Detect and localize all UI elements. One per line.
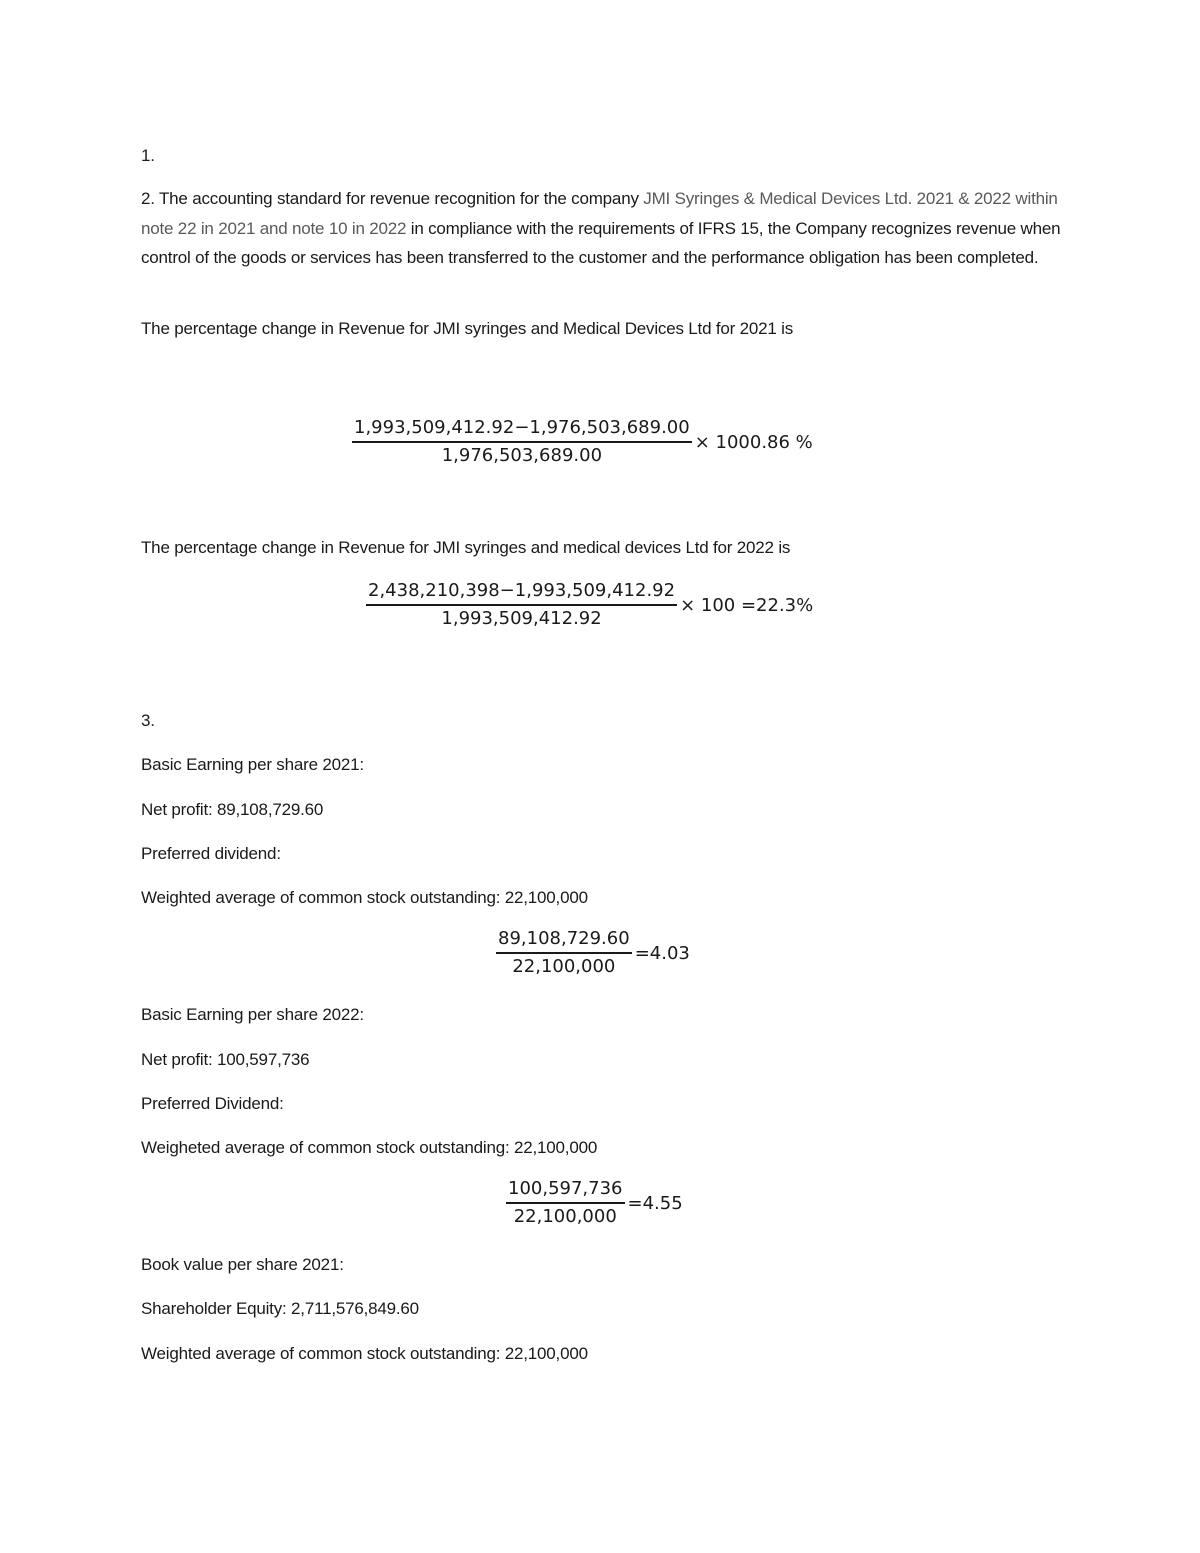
fraction: 2,438,210,398−1,993,509,412.92 1,993,509…: [366, 579, 677, 631]
numerator: 2,438,210,398−1,993,509,412.92: [366, 579, 677, 606]
eps-2022-formula: 100,597,736 22,100,000 =4.55: [506, 1177, 683, 1229]
q2-text-part1: 2. The accounting standard for revenue r…: [141, 189, 643, 208]
document-page: 1. 2. The accounting standard for revenu…: [0, 0, 1200, 1553]
denominator: 1,993,509,412.92: [439, 606, 603, 631]
denominator: 1,976,503,689.00: [440, 443, 604, 468]
question-1-label: 1.: [141, 146, 155, 166]
denominator: 22,100,000: [510, 954, 617, 979]
numerator: 100,597,736: [506, 1177, 625, 1204]
eps-2021-formula: 89,108,729.60 22,100,000 =4.03: [496, 927, 690, 979]
pct-change-2022-formula: 2,438,210,398−1,993,509,412.92 1,993,509…: [366, 579, 813, 631]
eps-2022-weighted-average: Weigheted average of common stock outsta…: [141, 1138, 597, 1158]
eps-2022-preferred-dividend: Preferred Dividend:: [141, 1094, 284, 1114]
eps-2021-heading: Basic Earning per share 2021:: [141, 755, 364, 775]
eps-2021-net-profit: Net profit: 89,108,729.60: [141, 800, 323, 820]
numerator: 89,108,729.60: [496, 927, 632, 954]
formula-result: × 100⁢0.86 %: [695, 432, 813, 453]
bvps-2021-weighted-average: Weighted average of common stock outstan…: [141, 1344, 588, 1364]
pct-change-2021-formula: 1,993,509,412.92−1,976,503,689.00 1,976,…: [352, 416, 813, 468]
eps-2021-weighted-average: Weighted average of common stock outstan…: [141, 888, 588, 908]
bvps-2021-heading: Book value per share 2021:: [141, 1255, 344, 1275]
question-3-label: 3.: [141, 711, 155, 731]
question-2-paragraph: 2. The accounting standard for revenue r…: [141, 184, 1061, 273]
numerator: 1,993,509,412.92−1,976,503,689.00: [352, 416, 692, 443]
bvps-2021-shareholder-equity: Shareholder Equity: 2,711,576,849.60: [141, 1299, 419, 1319]
fraction: 89,108,729.60 22,100,000: [496, 927, 632, 979]
fraction: 100,597,736 22,100,000: [506, 1177, 625, 1229]
formula-result: × 100 =22.3%: [680, 595, 813, 616]
fraction: 1,993,509,412.92−1,976,503,689.00 1,976,…: [352, 416, 692, 468]
formula-result: =4.03: [635, 943, 690, 964]
pct-change-2021-intro: The percentage change in Revenue for JMI…: [141, 319, 793, 339]
formula-result: =4.55: [628, 1193, 683, 1214]
eps-2022-heading: Basic Earning per share 2022:: [141, 1005, 364, 1025]
eps-2022-net-profit: Net profit: 100,597,736: [141, 1050, 309, 1070]
pct-change-2022-intro: The percentage change in Revenue for JMI…: [141, 538, 790, 558]
denominator: 22,100,000: [512, 1204, 619, 1229]
eps-2021-preferred-dividend: Preferred dividend:: [141, 844, 281, 864]
